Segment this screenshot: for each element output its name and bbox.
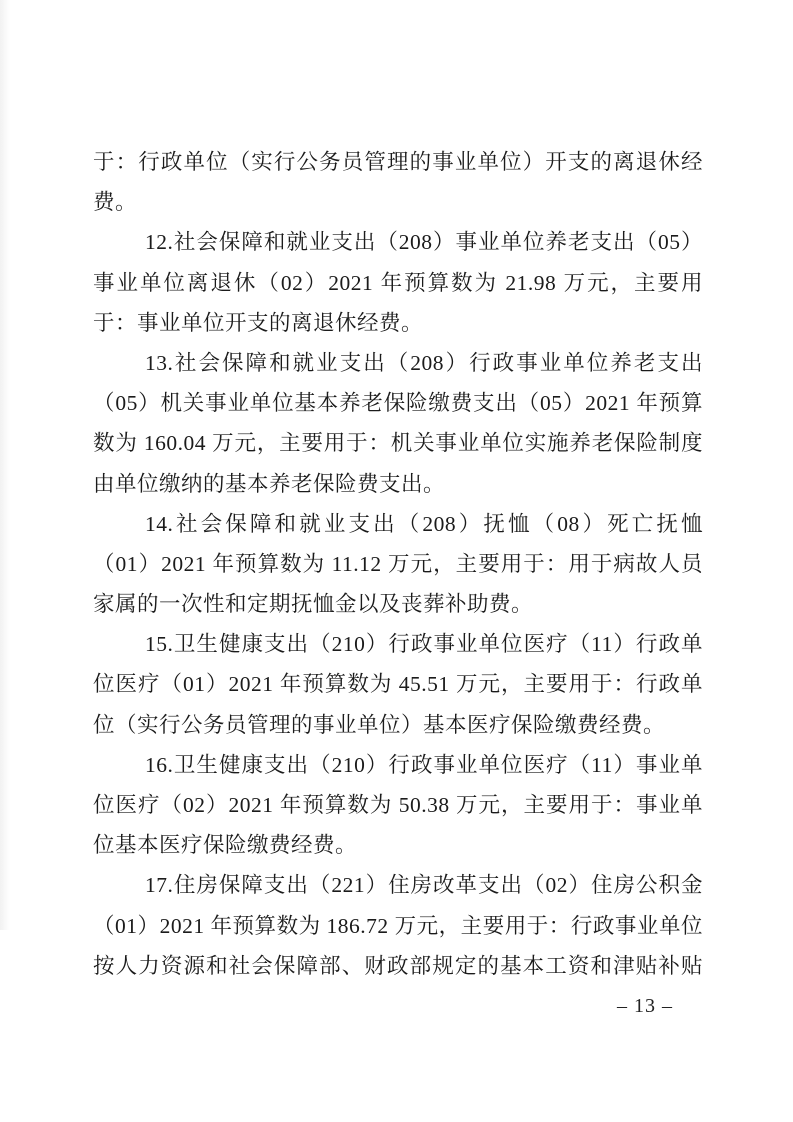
text-line: （05）机关事业单位基本养老保险缴费支出（05）2021 年预算 xyxy=(93,383,703,423)
text-line: 14.社会保障和就业支出（208）抚恤（08）死亡抚恤 xyxy=(93,504,703,544)
text-line: 13.社会保障和就业支出（208）行政事业单位养老支出 xyxy=(93,343,703,383)
text-line: 17.住房保障支出（221）住房改革支出（02）住房公积金 xyxy=(93,865,703,905)
text-line: 由单位缴纳的基本养老保险费支出。 xyxy=(93,464,703,504)
text-line: 数为 160.04 万元，主要用于：机关事业单位实施养老保险制度 xyxy=(93,423,703,463)
text-line: 12.社会保障和就业支出（208）事业单位养老支出（05） xyxy=(93,222,703,262)
text-line: 15.卫生健康支出（210）行政事业单位医疗（11）行政单 xyxy=(93,624,703,664)
text-line: 16.卫生健康支出（210）行政事业单位医疗（11）事业单 xyxy=(93,745,703,785)
text-line: 按人力资源和社会保障部、财政部规定的基本工资和津贴补贴 xyxy=(93,946,703,986)
text-line: 位（实行公务员管理的事业单位）基本医疗保险缴费经费。 xyxy=(93,705,703,745)
text-line: （01）2021 年预算数为 11.12 万元，主要用于：用于病故人员 xyxy=(93,544,703,584)
text-line: 位医疗（01）2021 年预算数为 45.51 万元，主要用于：行政单 xyxy=(93,664,703,704)
text-line: 位基本医疗保险缴费经费。 xyxy=(93,825,703,865)
text-line: 费。 xyxy=(93,182,703,222)
document-body: 于：行政单位（实行公务员管理的事业单位）开支的离退休经 费。 12.社会保障和就… xyxy=(93,142,703,986)
text-line: （01）2021 年预算数为 186.72 万元，主要用于：行政事业单位 xyxy=(93,906,703,946)
scan-artifact xyxy=(0,0,10,930)
text-line: 位医疗（02）2021 年预算数为 50.38 万元，主要用于：事业单 xyxy=(93,785,703,825)
document-page: 于：行政单位（实行公务员管理的事业单位）开支的离退休经 费。 12.社会保障和就… xyxy=(0,0,793,1122)
text-line: 于：事业单位开支的离退休经费。 xyxy=(93,303,703,343)
page-number: – 13 – xyxy=(610,995,680,1017)
text-line: 于：行政单位（实行公务员管理的事业单位）开支的离退休经 xyxy=(93,142,703,182)
text-line: 事业单位离退休（02）2021 年预算数为 21.98 万元，主要用 xyxy=(93,263,703,303)
text-line: 家属的一次性和定期抚恤金以及丧葬补助费。 xyxy=(93,584,703,624)
